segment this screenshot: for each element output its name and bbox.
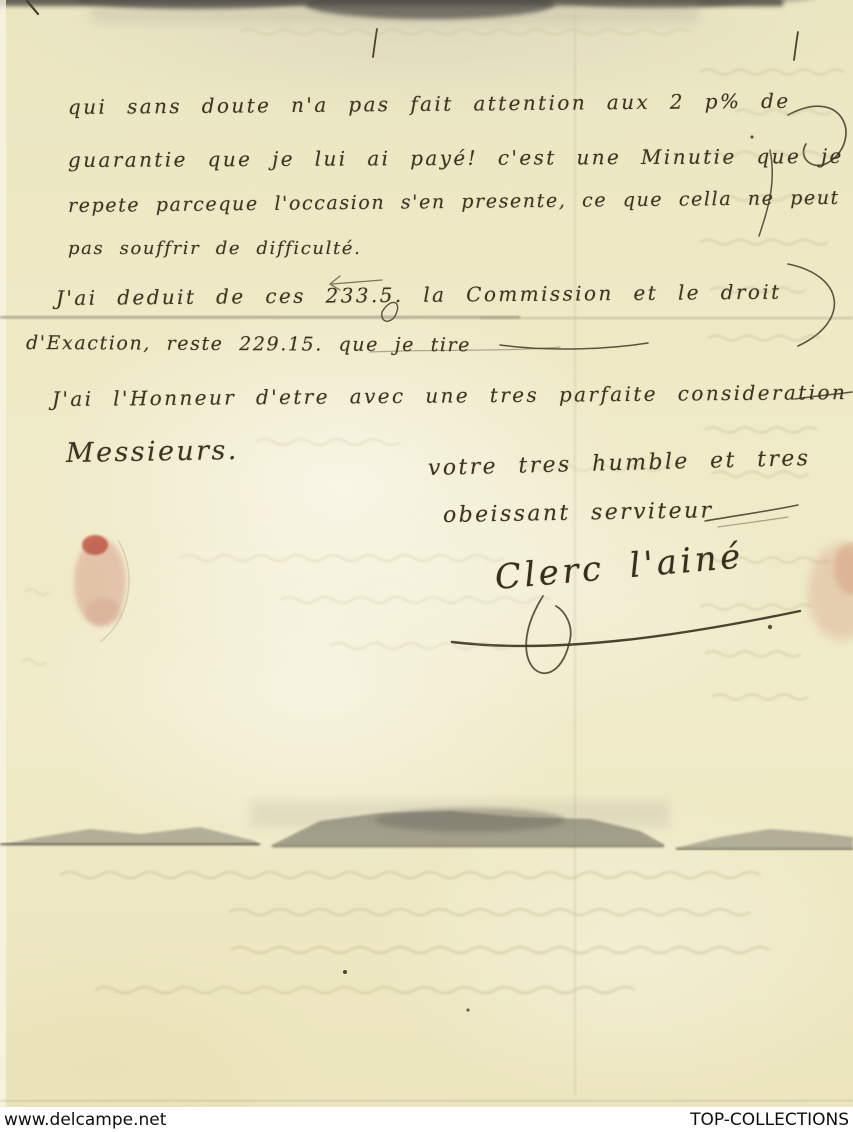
stray-pen-strokes bbox=[27, 1, 798, 60]
letter-salutation: Messieurs. bbox=[66, 435, 239, 469]
signature-flourish bbox=[452, 596, 800, 673]
letter-signature: Clerc l'ainé bbox=[493, 536, 745, 598]
letter-paper: qui sans doute n'a pas fait attention au… bbox=[0, 0, 853, 1107]
paper-bottom-edge bbox=[0, 1100, 853, 1101]
wax-seal-stain-right bbox=[808, 542, 853, 640]
letter-line-6: d'Exaction, reste 229.15. que je tire bbox=[26, 332, 471, 356]
scanned-letter-page: qui sans doute n'a pas fait attention au… bbox=[0, 0, 853, 1132]
wax-seal-stain-left bbox=[74, 535, 129, 642]
letter-line-1: qui sans doute n'a pas fait attention au… bbox=[68, 89, 791, 119]
watermark-seller-name: TOP-COLLECTIONS bbox=[690, 1110, 849, 1130]
watermark-bar: www.delcampe.net TOP-COLLECTIONS bbox=[0, 1107, 853, 1132]
letter-closing-line-2: obeissant serviteur bbox=[443, 498, 714, 528]
letter-line-3: repete parceque l'occasion s'en presente… bbox=[68, 187, 840, 217]
watermark-site-url: www.delcampe.net bbox=[4, 1110, 166, 1130]
fold-smudge-band bbox=[0, 800, 853, 849]
letter-line-7: J'ai l'Honneur d'etre avec une tres parf… bbox=[52, 380, 847, 411]
letter-line-2: guarantie que je lui ai payé! c'est une … bbox=[68, 144, 844, 172]
scan-left-edge bbox=[0, 0, 6, 1107]
ink-specks bbox=[343, 625, 772, 1012]
scan-top-edge-shadow bbox=[0, 0, 820, 24]
letter-line-5: J'ai deduit de ces 233.5. la Commission … bbox=[56, 280, 782, 310]
letter-closing-line-1: votre tres humble et tres bbox=[428, 446, 811, 481]
horizontal-fold-crease bbox=[0, 316, 853, 319]
letter-line-4: pas souffrir de difficulté. bbox=[68, 238, 361, 259]
